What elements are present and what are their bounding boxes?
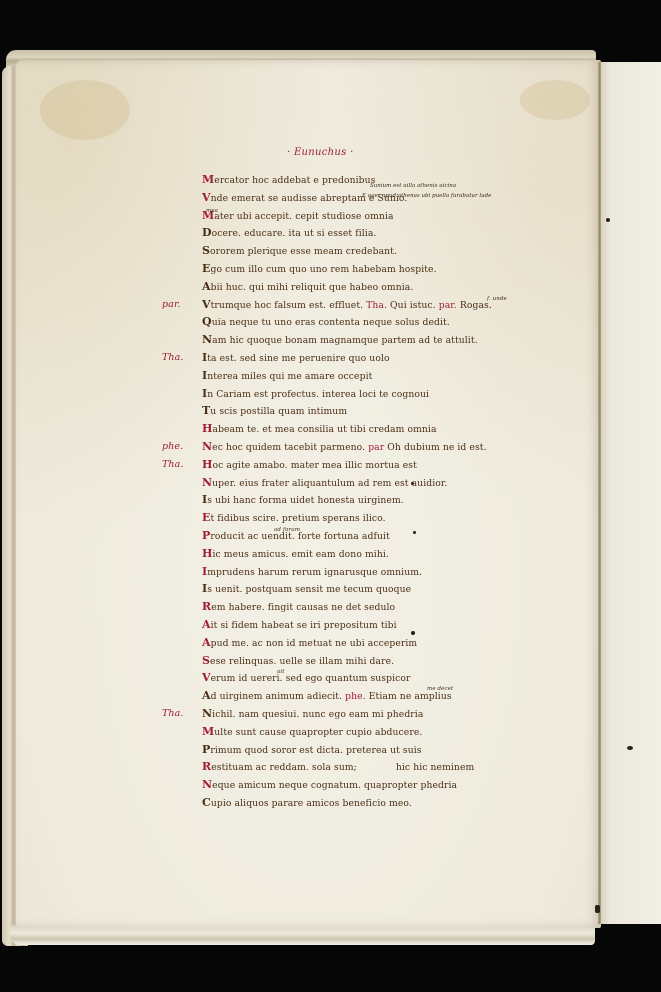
interlinear-gloss: mea: [206, 203, 218, 221]
page-stack-bottom-edge: [10, 925, 595, 945]
verse-line: Restituam ac reddam. sola sum; hic hic n…: [202, 758, 562, 776]
verse-text: uia neque tu uno eras contenta neque sol…: [212, 317, 450, 328]
verse-line: me decet Ad uirginem animum adiecit. phe…: [202, 687, 562, 705]
verse-text: pud me. ac non id metuat ne ubi acceperi…: [211, 638, 418, 649]
verse-text: estituam ac reddam. sola sum;: [211, 762, 357, 773]
wormhole: [627, 746, 633, 750]
verse-text: ic meus amicus. emit eam dono mihi.: [213, 549, 389, 560]
rubricated-initial: N: [202, 778, 212, 791]
rubricated-initial: V: [202, 671, 211, 684]
verse-text: Qui istuc.: [390, 300, 436, 311]
verse-text: oc agite amabo. mater mea illic mortua e…: [213, 460, 417, 471]
work-title: · Eunuchus ·: [287, 147, 354, 158]
speaker-label: Tha.: [162, 456, 184, 474]
verse-line: Habeam te. et mea consilia ut tibi creda…: [202, 420, 562, 438]
facing-page: [600, 62, 661, 924]
verse-text: ocere. educare. ita ut si esset filia.: [212, 228, 377, 239]
verse-line: Is uenit. postquam sensit me tecum quoqu…: [202, 580, 562, 598]
interlinear-gloss: ait: [277, 664, 285, 682]
verse-text: n Cariam est profectus. interea loci te …: [207, 389, 429, 400]
rubricated-initial: A: [202, 618, 211, 631]
verse-line: Tu scis postilla quam intimum: [202, 402, 562, 420]
initial: A: [202, 280, 211, 293]
verse-line: Interea miles qui me amare occepit: [202, 367, 562, 385]
verse-text: mprudens harum rerum ignarusque omnium.: [207, 567, 422, 578]
verse-line: Mercator hoc addebat e predonibus: [202, 171, 562, 189]
verse-text: upio aliquos parare amicos beneficio meo…: [211, 798, 412, 809]
verse-text: s uenit. postquam sensit me tecum quoque: [207, 584, 411, 595]
verse-line: Cupio aliquos parare amicos beneficio me…: [202, 794, 562, 812]
verse-text: erum id uereri. sed ego quantum suspicor: [211, 673, 411, 684]
verse-line: phe. Nec hoc quidem tacebit parmeno. par…: [202, 438, 562, 456]
verse-line: Ait si fidem habeat se iri prepositum ti…: [202, 616, 562, 634]
initial: N: [202, 707, 212, 720]
verse-line: Tha. Nichil. nam quesiui. nunc ego eam m…: [202, 705, 562, 723]
interlinear-gloss: ad forum: [274, 522, 300, 540]
inline-speaker: par.: [439, 300, 457, 311]
verse-line: Tha. Ita est. sed sine me peruenire quo …: [202, 349, 562, 367]
speaker-label: par.: [162, 296, 181, 314]
verse-text: ater ubi accepit. cepit studiose omnia: [214, 211, 393, 222]
verse-text: ta est. sed sine me peruenire quo uolo: [207, 353, 389, 364]
verse-line: Sororem plerique esse meam credebant.: [202, 242, 562, 260]
verse-line: ad forum Producit ac uendit. forte fortu…: [202, 527, 562, 545]
rubricated-initial: M: [202, 725, 214, 738]
verse-line: In Cariam est profectus. interea loci te…: [202, 385, 562, 403]
verse-text: u scis postilla quam intimum: [210, 406, 347, 417]
verse-line: Rem habere. fingit causas ne det sedulo: [202, 598, 562, 616]
verse-text: bii huc. qui mihi reliquit que habeo omn…: [211, 282, 414, 293]
verse-text: em habere. fingit causas ne det sedulo: [211, 602, 395, 613]
inline-speaker: Tha.: [366, 300, 387, 311]
initial: C: [202, 796, 211, 809]
rubricated-initial: H: [202, 422, 213, 435]
inline-speaker: phe.: [345, 691, 366, 702]
verse-text: am hic quoque bonam magnamque partem ad …: [212, 335, 478, 346]
verse-line: Hic meus amicus. emit eam dono mihi.: [202, 545, 562, 563]
rubricated-initial: N: [202, 440, 212, 453]
verse-line: Primum quod soror est dicta. preterea ut…: [202, 741, 562, 759]
manuscript-scene: · Eunuchus · Sunium est uilla athenis ui…: [0, 0, 661, 992]
initial: V: [202, 298, 211, 311]
verse-line: Neque amicum neque cognatum. quapropter …: [202, 776, 562, 794]
rubricated-initial: S: [202, 654, 210, 667]
verse-line: Nam hic quoque bonam magnamque partem ad…: [202, 331, 562, 349]
verse-line: Abii huc. qui mihi reliquit que habeo om…: [202, 278, 562, 296]
verse-line: Nuper. eius frater aliquantulum ad rem e…: [202, 474, 562, 492]
verse-text: Oh dubium ne id est.: [387, 442, 486, 453]
wormhole: [606, 218, 610, 222]
verse-text: trumque hoc falsum est. effluet.: [211, 300, 364, 311]
verse-text: it si fidem habeat se iri prepositum tib…: [211, 620, 397, 631]
interlinear-gloss: me decet: [427, 681, 453, 699]
parchment-stain: [520, 80, 590, 120]
verse-line: Imprudens harum rerum ignarusque omnium.: [202, 563, 562, 581]
rubricated-initial: H: [202, 458, 213, 471]
verse-text: d uirginem animum adiecit.: [211, 691, 342, 702]
interlinear-gloss: f. unde: [487, 291, 507, 309]
verse-text: ororem plerique esse meam credebant.: [210, 246, 397, 257]
rubricated-initial: R: [202, 600, 211, 613]
verse-text: s ubi hanc forma uidet honesta uirginem.: [207, 495, 404, 506]
verse-text: go cum illo cum quo uno rem habebam hosp…: [210, 264, 436, 275]
inline-speaker: par: [368, 442, 384, 453]
verse-line: Tha. Hoc agite amabo. mater mea illic mo…: [202, 456, 562, 474]
verse-text: uper. eius frater aliquantulum ad rem es…: [212, 478, 447, 489]
verse-line: Apud me. ac non id metuat ne ubi acceper…: [202, 634, 562, 652]
verse-text: eque amicum neque cognatum. quapropter p…: [212, 780, 457, 791]
speaker-label: Tha.: [162, 705, 184, 723]
verse-line: Is ubi hanc forma uidet honesta uirginem…: [202, 491, 562, 509]
parchment-stain: [40, 80, 130, 140]
verse-text: ese relinquas. uelle se illam mihi dare.: [210, 656, 394, 667]
speaker-label: Tha.: [162, 349, 184, 367]
verse-text: ec hoc quidem tacebit parmeno.: [212, 442, 365, 453]
verse-line: Et fidibus scire. pretium sperans ilico.: [202, 509, 562, 527]
verse-line: Quia neque tu uno eras contenta neque so…: [202, 313, 562, 331]
verse-line: Docere. educare. ita ut si esset filia.: [202, 224, 562, 242]
rubricated-initial: H: [202, 547, 213, 560]
verse-text: ercator hoc addebat e predonibus: [214, 175, 375, 186]
rubricated-initial: N: [202, 476, 212, 489]
verse-line: Multe sunt cause quapropter cupio abduce…: [202, 723, 562, 741]
initial: N: [202, 333, 212, 346]
ink-mark: [595, 905, 600, 913]
verse-text: ichil. nam quesiui. nunc ego eam mi phed…: [212, 709, 423, 720]
rubricated-initial: M: [202, 173, 214, 186]
rubricated-initial: A: [202, 636, 211, 649]
initial: Q: [202, 315, 212, 328]
verse-text-tail: hic hic neminem: [396, 762, 474, 773]
initial: D: [202, 226, 212, 239]
verse-line: par. f. unde Vtrumque hoc falsum est. ef…: [202, 296, 562, 314]
verse-line: ait Verum id uereri. sed ego quantum sus…: [202, 669, 562, 687]
initial: A: [202, 689, 211, 702]
verse-lines: Mercator hoc addebat e predonibus Vnde e…: [202, 171, 562, 812]
speaker-label: phe.: [162, 438, 183, 456]
verse-text: nterea miles qui me amare occepit: [207, 371, 372, 382]
rubricated-initial: R: [202, 760, 211, 773]
verse-text: ulte sunt cause quapropter cupio abducer…: [214, 727, 422, 738]
verse-line: Sese relinquas. uelle se illam mihi dare…: [202, 652, 562, 670]
verse-text: nde emerat se audisse abreptam e Sunio.: [211, 193, 408, 204]
initial: S: [202, 244, 210, 257]
verse-line: mea Mater ubi accepit. cepit studiose om…: [202, 207, 562, 225]
verse-text: abeam te. et mea consilia ut tibi credam…: [213, 424, 437, 435]
verse-text: rimum quod soror est dicta. preterea ut …: [210, 745, 421, 756]
verse-line: Vnde emerat se audisse abreptam e Sunio.: [202, 189, 562, 207]
verse-line: Ego cum illo cum quo uno rem habebam hos…: [202, 260, 562, 278]
